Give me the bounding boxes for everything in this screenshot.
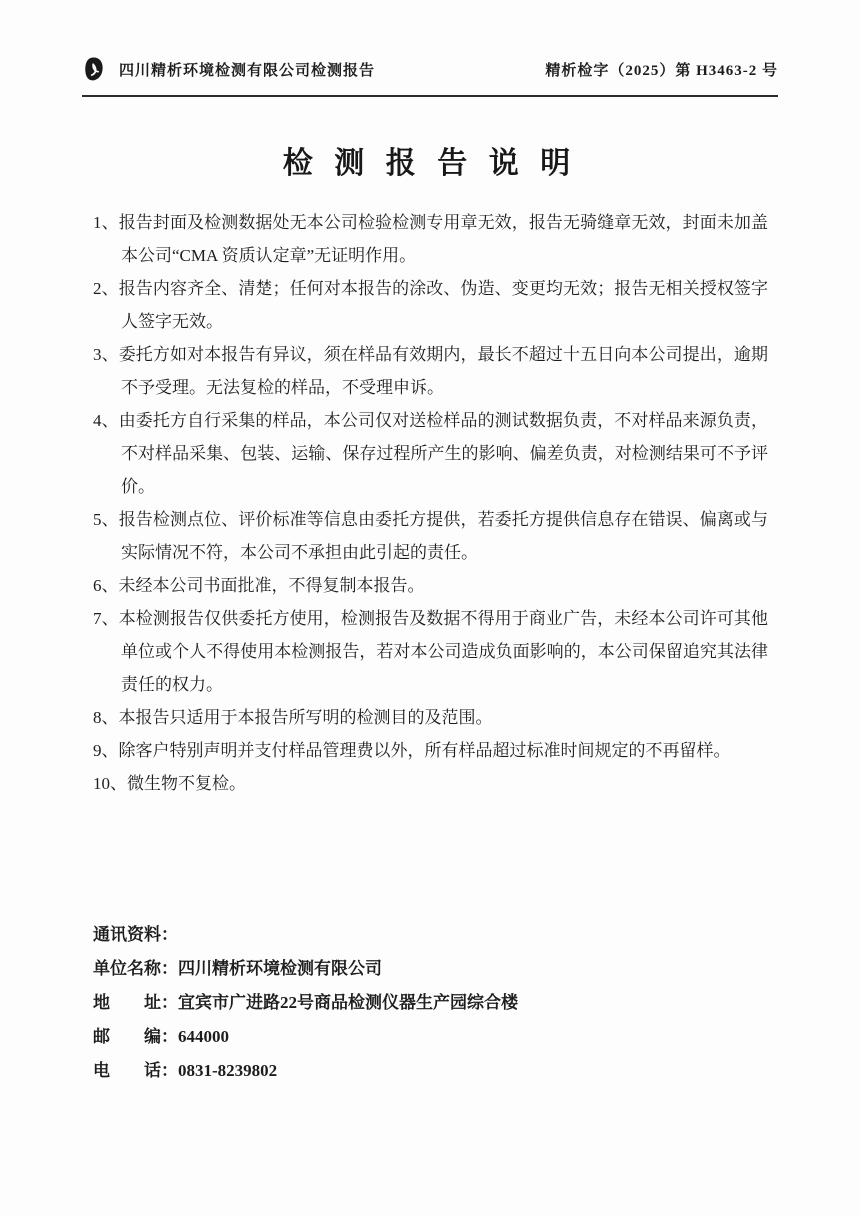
note-item-6: 6、未经本公司书面批准，不得复制本报告。: [93, 569, 768, 602]
note-number: 1、: [93, 213, 119, 232]
note-item-4: 4、由委托方自行采集的样品，本公司仅对送检样品的测试数据负责，不对样品来源负责，…: [93, 404, 768, 503]
note-text: 报告检测点位、评价标准等信息由委托方提供，若委托方提供信息存在错误、偏离或与实际…: [119, 510, 768, 562]
note-text: 本报告只适用于本报告所写明的检测目的及范围。: [119, 708, 493, 727]
contact-row-address: 地 址：宜宾市广进路22号商品检测仪器生产园综合楼: [93, 986, 778, 1020]
contact-label: 电 话：: [93, 1061, 178, 1080]
note-item-8: 8、本报告只适用于本报告所写明的检测目的及范围。: [93, 701, 768, 734]
note-item-9: 9、除客户特别声明并支付样品管理费以外，所有样品超过标准时间规定的不再留样。: [93, 734, 768, 767]
note-text: 本检测报告仅供委托方使用，检测报告及数据不得用于商业广告，未经本公司许可其他单位…: [119, 609, 768, 694]
note-text: 委托方如对本报告有异议，须在样品有效期内，最长不超过十五日向本公司提出，逾期不予…: [119, 345, 768, 397]
contact-value: 四川精析环境检测有限公司: [178, 959, 382, 978]
note-item-10: 10、微生物不复检。: [93, 767, 768, 800]
header-left-group: 四川精析环境检测有限公司检测报告: [82, 56, 375, 82]
contact-label: 单位名称：: [93, 959, 178, 978]
page-title: 检 测 报 告 说 明: [82, 138, 778, 182]
page-header: 四川精析环境检测有限公司检测报告 精析检字（2025）第 H3463-2 号: [82, 56, 778, 97]
contact-value: 644000: [178, 1027, 229, 1046]
note-number: 8、: [93, 708, 119, 727]
note-item-3: 3、委托方如对本报告有异议，须在样品有效期内，最长不超过十五日向本公司提出，逾期…: [93, 338, 768, 404]
note-text: 微生物不复检。: [127, 774, 246, 793]
note-number: 4、: [93, 411, 119, 430]
note-number: 3、: [93, 345, 119, 364]
contact-heading: 通讯资料：: [93, 918, 778, 952]
note-item-1: 1、报告封面及检测数据处无本公司检验检测专用章无效，报告无骑缝章无效，封面未加盖…: [93, 206, 768, 272]
notes-list: 1、报告封面及检测数据处无本公司检验检测专用章无效，报告无骑缝章无效，封面未加盖…: [93, 206, 768, 800]
contact-section: 通讯资料： 单位名称：四川精析环境检测有限公司 地 址：宜宾市广进路22号商品检…: [93, 918, 778, 1088]
contact-value: 0831-8239802: [178, 1061, 277, 1080]
contact-row-company: 单位名称：四川精析环境检测有限公司: [93, 952, 778, 986]
report-page: 四川精析环境检测有限公司检测报告 精析检字（2025）第 H3463-2 号 检…: [0, 0, 860, 1217]
company-logo-icon: [82, 56, 106, 82]
contact-label: 邮 编：: [93, 1027, 178, 1046]
note-item-2: 2、报告内容齐全、清楚；任何对本报告的涂改、伪造、变更均无效；报告无相关授权签字…: [93, 272, 768, 338]
contact-row-phone: 电 话：0831-8239802: [93, 1054, 778, 1088]
contact-label: 地 址：: [93, 993, 178, 1012]
contact-row-postcode: 邮 编：644000: [93, 1020, 778, 1054]
contact-value: 宜宾市广进路22号商品检测仪器生产园综合楼: [178, 993, 518, 1012]
note-text: 报告内容齐全、清楚；任何对本报告的涂改、伪造、变更均无效；报告无相关授权签字人签…: [119, 279, 768, 331]
note-text: 由委托方自行采集的样品，本公司仅对送检样品的测试数据负责，不对样品来源负责，不对…: [119, 411, 768, 496]
header-report-number: 精析检字（2025）第 H3463-2 号: [545, 59, 778, 80]
note-item-7: 7、本检测报告仅供委托方使用，检测报告及数据不得用于商业广告，未经本公司许可其他…: [93, 602, 768, 701]
note-number: 7、: [93, 609, 119, 628]
note-text: 未经本公司书面批准，不得复制本报告。: [119, 576, 425, 595]
note-number: 9、: [93, 741, 119, 760]
note-item-5: 5、报告检测点位、评价标准等信息由委托方提供，若委托方提供信息存在错误、偏离或与…: [93, 503, 768, 569]
note-number: 2、: [93, 279, 119, 298]
note-number: 10、: [93, 774, 127, 793]
note-text: 报告封面及检测数据处无本公司检验检测专用章无效，报告无骑缝章无效，封面未加盖本公…: [119, 213, 768, 265]
note-text: 除客户特别声明并支付样品管理费以外，所有样品超过标准时间规定的不再留样。: [119, 741, 731, 760]
header-company-report-title: 四川精析环境检测有限公司检测报告: [119, 59, 375, 80]
note-number: 6、: [93, 576, 119, 595]
note-number: 5、: [93, 510, 119, 529]
